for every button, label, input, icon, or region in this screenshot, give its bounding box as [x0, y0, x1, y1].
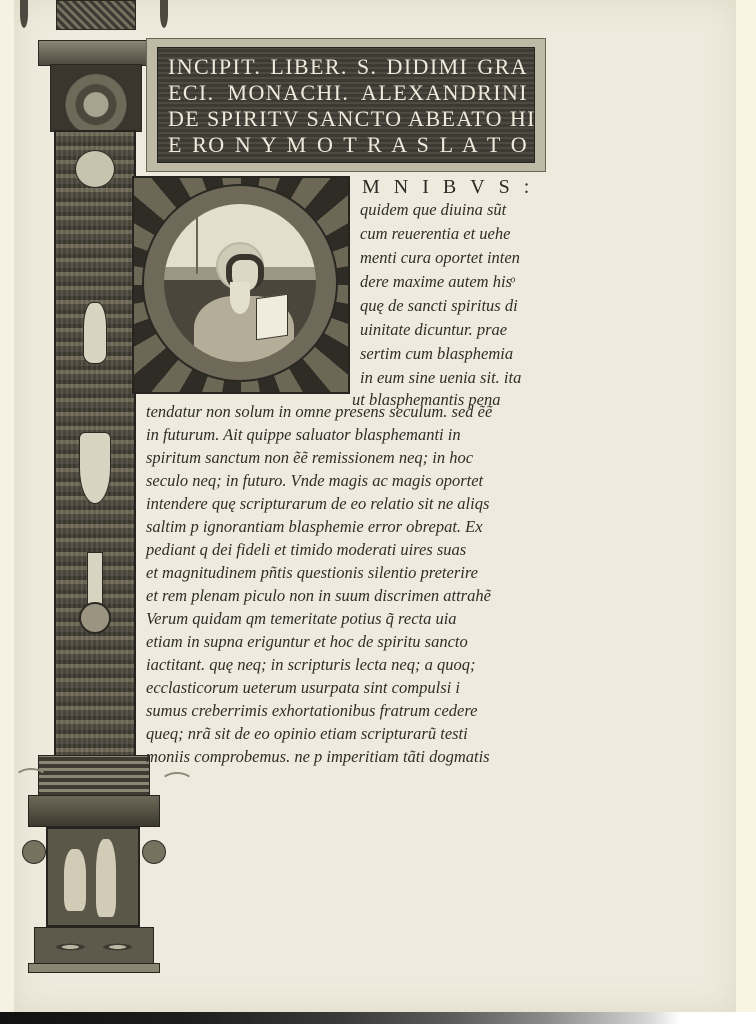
column-shaft-grotesque: [54, 130, 136, 760]
flower-pendant-icon: [22, 840, 46, 864]
vase-ornament-icon: [83, 302, 107, 364]
green-man-mask-icon: [75, 150, 115, 188]
title-line: ECI. MONACHI. ALEXANDRINI: [168, 80, 528, 106]
text-line: moniis comprobemus. ne p imperitiam tãti…: [146, 747, 490, 767]
text-line: pediant q dei fideli et timido moderati …: [146, 540, 466, 560]
text-line: etiam in supna eriguntur et hoc de spiri…: [146, 632, 468, 652]
scan-margin: [736, 0, 756, 1012]
text-line: in futurum. Ait quippe saluator blasphem…: [146, 425, 461, 445]
text-line: in eum sine uenia sit. ita: [360, 368, 521, 388]
finial-ornament-icon: [20, 0, 28, 28]
text-line: seculo neq; in futuro. Vnde magis ac mag…: [146, 471, 483, 491]
illuminated-initial-O: [132, 176, 350, 394]
text-line: iactitant. quę neq; in scripturis lecta …: [146, 655, 475, 675]
text-line: et rem plenam piculo non in suum discrim…: [146, 586, 491, 606]
text-line: intendere quę scripturarum de eo relatio…: [146, 494, 489, 514]
text-line: cum reuerentia et uehe: [360, 224, 510, 244]
text-line: uinitate dicuntur. prae: [360, 320, 507, 340]
finial-ornament-icon: [160, 0, 168, 28]
vase-ornament-icon: [79, 432, 111, 504]
tree-icon: [196, 214, 198, 274]
title-plaque-inner: INCIPIT. LIBER. S. DIDIMI GRA ECI. MONAC…: [157, 47, 535, 163]
initial-ring: [142, 184, 338, 382]
pedestal-foot: [28, 963, 160, 973]
text-line: tendatur non solum in omne presens secul…: [146, 402, 492, 422]
ribbon-icon: [160, 772, 194, 794]
ornamental-column: [50, 0, 140, 760]
flower-pendant-icon: [142, 840, 166, 864]
text-line: dere maxime autem hisͦ: [360, 272, 512, 292]
text-line: quę de sancti spiritus di: [360, 296, 518, 316]
portrait-medallion-icon: [79, 602, 111, 634]
column-abacus: [38, 40, 154, 66]
pedestal-plinth: [34, 927, 154, 967]
pedestal-frieze: [28, 795, 160, 827]
text-line: ecclasticorum ueterum usurpata sint comp…: [146, 678, 460, 698]
text-line: spiritum sanctum non ẽẽ remissionem neq;…: [146, 448, 473, 468]
open-book-icon: [256, 294, 288, 340]
text-line: quidem que diuina sũt: [360, 200, 506, 220]
figure-icon: [96, 839, 116, 917]
ribbon-icon: [14, 768, 48, 790]
text-line: et magnitudinem pñtis questionis silenti…: [146, 563, 478, 583]
corinthian-capital: [50, 64, 142, 132]
text-line: queq; nrã sit de eo opinio etiam scriptu…: [146, 724, 468, 744]
text-line: sertim cum blasphemia: [360, 344, 513, 364]
text-line: saltim p ignorantiam blasphemie error ob…: [146, 517, 483, 537]
column-pedestal: [28, 755, 158, 970]
title-line: INCIPIT. LIBER. S. DIDIMI GRA: [168, 54, 528, 80]
title-line: E RO N Y M O T R A S L A T O: [168, 132, 528, 158]
column-top-frieze: [56, 0, 136, 30]
grayscale-calibration-bar: [0, 1012, 756, 1024]
text-line: menti cura oportet inten: [360, 248, 520, 268]
title-line: DE SPIRITV SANCTO ABEATO HI: [168, 106, 528, 132]
title-plaque: INCIPIT. LIBER. S. DIDIMI GRA ECI. MONAC…: [146, 38, 546, 172]
pedestal-cornice: [38, 755, 150, 797]
saint-jerome-miniature: [164, 204, 316, 362]
text-line: sumus creberrimis exhortationibus fratru…: [146, 701, 478, 721]
adam-and-eve-relief: [46, 827, 140, 927]
text-line: Verum quidam qm temeritate potius q̃ rec…: [146, 609, 457, 629]
saint-beard: [230, 282, 250, 314]
initial-capitals: MNIBVS:: [362, 176, 572, 199]
figure-icon: [64, 849, 86, 911]
